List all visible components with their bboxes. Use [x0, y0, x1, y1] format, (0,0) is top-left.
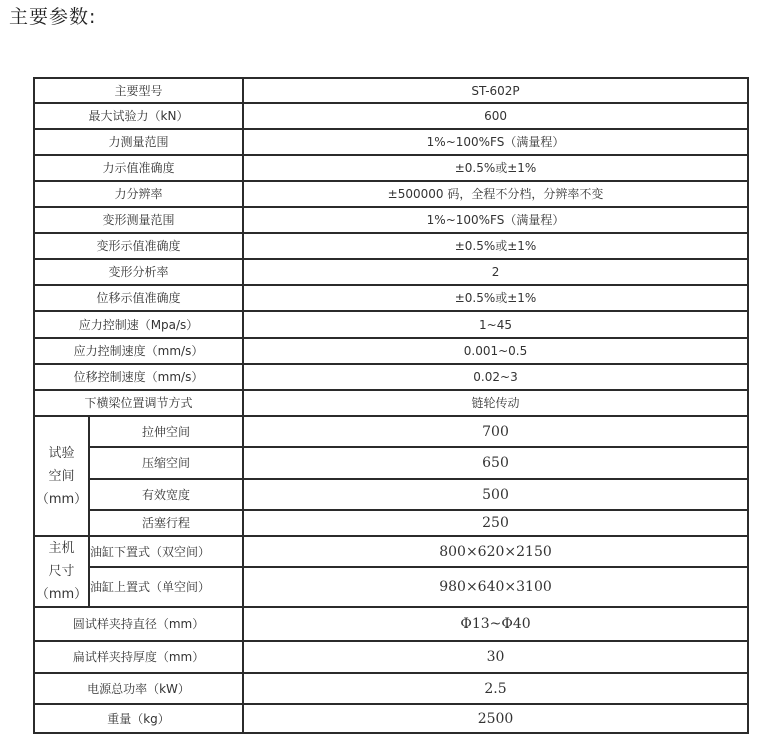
row-value: 1%~100%FS（满量程） [243, 207, 748, 233]
table-row: 扁试样夹持厚度（mm） 30 [34, 641, 748, 673]
table-row: 位移控制速度（mm/s） 0.02~3 [34, 364, 748, 390]
table-row: 最大试验力（kN） 600 [34, 103, 748, 129]
row-value: ±0.5%或±1% [243, 285, 748, 311]
row-label: 重量（kg） [34, 704, 243, 733]
row-label: 力测量范围 [34, 129, 243, 155]
row-label: 压缩空间 [89, 447, 243, 479]
table-row: 位移示值准确度 ±0.5%或±1% [34, 285, 748, 311]
table-row: 主机 尺寸 （mm） 油缸下置式（双空间） 800×620×2150 [34, 536, 748, 567]
row-value: ±0.5%或±1% [243, 233, 748, 259]
row-value: 30 [243, 641, 748, 673]
row-label: 下横梁位置调节方式 [34, 390, 243, 416]
row-label: 变形分析率 [34, 259, 243, 285]
row-value: Φ13~Φ40 [243, 607, 748, 641]
table-row: 试验 空间 （mm） 拉伸空间 700 [34, 416, 748, 447]
table-row: 应力控制速度（mm/s） 0.001~0.5 [34, 338, 748, 364]
row-label: 力分辨率 [34, 181, 243, 207]
row-value: 980×640×3100 [243, 567, 748, 607]
table-row: 应力控制速（Mpa/s） 1~45 [34, 311, 748, 338]
row-value: 250 [243, 510, 748, 536]
row-value: 500 [243, 479, 748, 510]
group-label-line: 试验 [35, 442, 88, 465]
row-label: 圆试样夹持直径（mm） [34, 607, 243, 641]
table-row: 活塞行程 250 [34, 510, 748, 536]
row-value: 1~45 [243, 311, 748, 338]
row-label: 油缸下置式（双空间） [89, 536, 243, 567]
row-value: 0.02~3 [243, 364, 748, 390]
row-value: ±0.5%或±1% [243, 155, 748, 181]
row-value: 2 [243, 259, 748, 285]
table-row: 力示值准确度 ±0.5%或±1% [34, 155, 748, 181]
table-row: 油缸上置式（单空间） 980×640×3100 [34, 567, 748, 607]
row-label: 拉伸空间 [89, 416, 243, 447]
group-label-line: 尺寸 [35, 560, 88, 583]
row-value: 2500 [243, 704, 748, 733]
row-label: 变形测量范围 [34, 207, 243, 233]
host-size-group-label: 主机 尺寸 （mm） [34, 536, 89, 607]
row-value: 链轮传动 [243, 390, 748, 416]
group-label-line: （mm） [35, 488, 88, 511]
table-row: 力分辨率 ±500000 码，全程不分档，分辨率不变 [34, 181, 748, 207]
row-label: 扁试样夹持厚度（mm） [34, 641, 243, 673]
test-space-group-label: 试验 空间 （mm） [34, 416, 89, 536]
row-label: 变形示值准确度 [34, 233, 243, 259]
row-label: 有效宽度 [89, 479, 243, 510]
group-label-line: 空间 [35, 465, 88, 488]
row-value: 2.5 [243, 673, 748, 704]
table-row: 有效宽度 500 [34, 479, 748, 510]
row-value: 0.001~0.5 [243, 338, 748, 364]
group-label-line: 主机 [35, 537, 88, 560]
row-label: 电源总功率（kW） [34, 673, 243, 704]
row-label: 应力控制速度（mm/s） [34, 338, 243, 364]
row-value: 800×620×2150 [243, 536, 748, 567]
table-row: 主要型号 ST-602P [34, 78, 748, 103]
row-label: 应力控制速（Mpa/s） [34, 311, 243, 338]
row-label: 位移控制速度（mm/s） [34, 364, 243, 390]
table-row: 压缩空间 650 [34, 447, 748, 479]
table-row: 电源总功率（kW） 2.5 [34, 673, 748, 704]
table-row: 变形测量范围 1%~100%FS（满量程） [34, 207, 748, 233]
row-label: 主要型号 [34, 78, 243, 103]
row-value: 600 [243, 103, 748, 129]
row-label: 力示值准确度 [34, 155, 243, 181]
row-label: 活塞行程 [89, 510, 243, 536]
page-title: 主要参数: [9, 2, 96, 29]
table-row: 力测量范围 1%~100%FS（满量程） [34, 129, 748, 155]
spec-table: 主要型号 ST-602P 最大试验力（kN） 600 力测量范围 1%~100%… [33, 77, 749, 734]
row-value: ±500000 码，全程不分档，分辨率不变 [243, 181, 748, 207]
row-label: 最大试验力（kN） [34, 103, 243, 129]
row-value: ST-602P [243, 78, 748, 103]
group-label-line: （mm） [35, 583, 88, 606]
table-row: 下横梁位置调节方式 链轮传动 [34, 390, 748, 416]
table-row: 变形示值准确度 ±0.5%或±1% [34, 233, 748, 259]
row-label: 油缸上置式（单空间） [89, 567, 243, 607]
table-row: 重量（kg） 2500 [34, 704, 748, 733]
row-label: 位移示值准确度 [34, 285, 243, 311]
row-value: 1%~100%FS（满量程） [243, 129, 748, 155]
row-value: 650 [243, 447, 748, 479]
row-value: 700 [243, 416, 748, 447]
table-row: 圆试样夹持直径（mm） Φ13~Φ40 [34, 607, 748, 641]
table-row: 变形分析率 2 [34, 259, 748, 285]
